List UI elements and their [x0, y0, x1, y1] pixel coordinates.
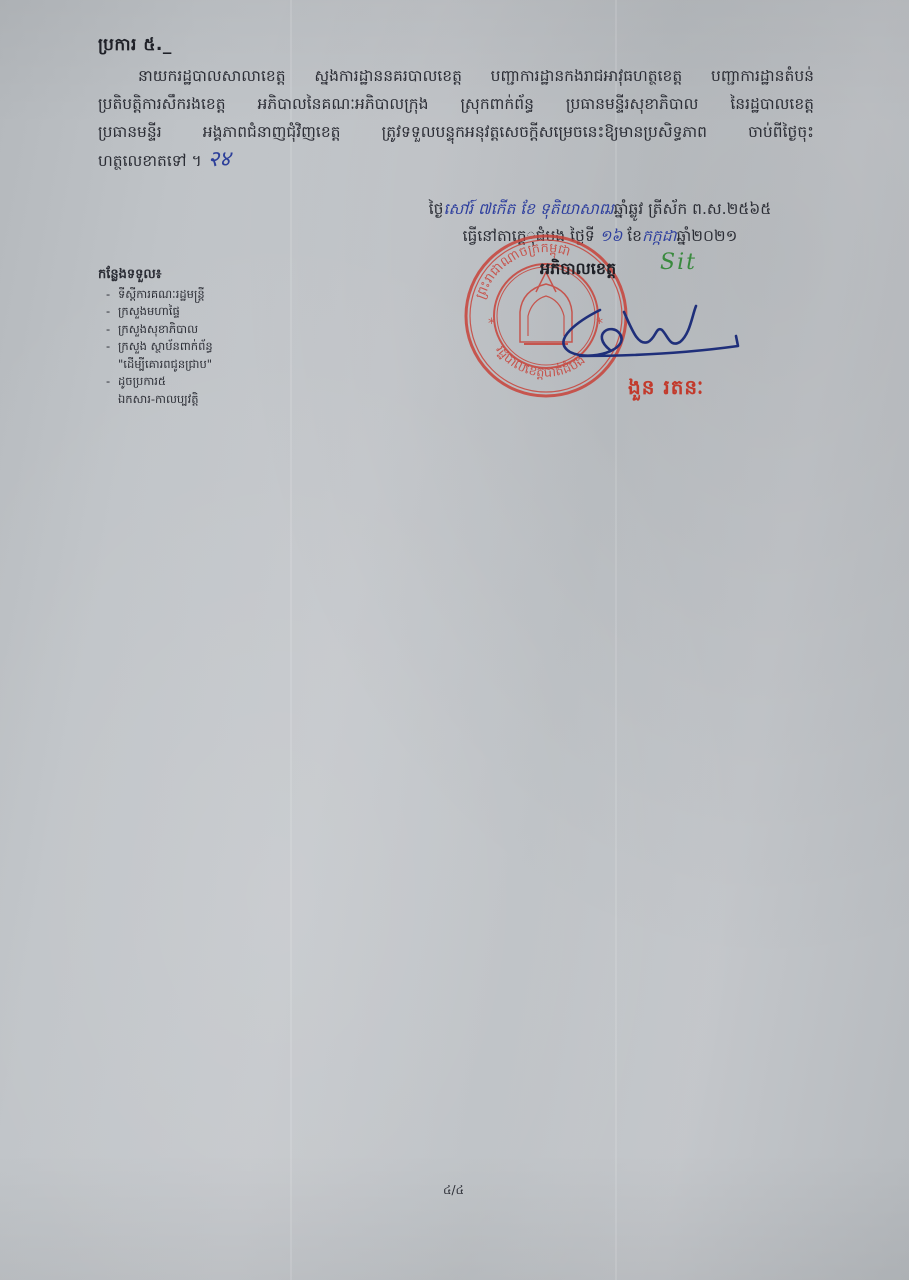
body-line-text: ហត្ថលេខាតទៅ ។ — [98, 152, 202, 170]
svg-text:*: * — [488, 316, 495, 332]
body-line: នាយករដ្ឋបាលសាលាខេត្ត ស្នងការដ្ឋាននគរបាលខ… — [98, 62, 814, 90]
body-line: ប្រតិបត្តិការសឹករងខេត្ត អភិបាលនៃគណៈអភិបា… — [98, 90, 814, 118]
page-number: ៤/៤ — [443, 1182, 464, 1200]
recipient-item: -ដូចប្រការ៥ឯកសារ-កាលប្បវត្តិ — [98, 373, 213, 408]
body-line-last: ហត្ថលេខាតទៅ ។२४ — [98, 146, 814, 175]
paper-background — [0, 0, 909, 1280]
recipients-list: កន្លែងទទួល៖ -ទីស្តីការគណៈរដ្ឋមន្ត្រី -ក្… — [98, 266, 213, 408]
signer-name: ងួន រតនៈ — [628, 374, 704, 404]
article-heading: ប្រការ ៥._ — [98, 34, 172, 59]
article-body: នាយករដ្ឋបាលសាលាខេត្ត ស្នងការដ្ឋាននគរបាលខ… — [98, 62, 814, 175]
lunar-suffix: ឆ្នាំឆ្លូវ ត្រីស័ក ព.ស.២៥៦៥ — [614, 200, 772, 218]
paper-fold — [615, 0, 617, 1280]
lunar-date: ថ្ងៃសៅរ៍ ៧កើត ខែ ទុតិយាសាឍឆ្នាំឆ្លូវ ត្រ… — [380, 196, 820, 223]
solar-year: ឆ្នាំ២០២១ — [676, 227, 737, 245]
paper-fold — [290, 0, 292, 1280]
recipient-item: -ក្រសួងសុខាភិបាល — [98, 321, 213, 339]
solar-month: កក្កដា — [642, 227, 676, 245]
recipient-item: -ក្រសួងមហាផ្ទៃ — [98, 303, 213, 321]
body-line: ប្រធានមន្ទីរ អង្គភាពជំនាញជុំវិញខេត្ត ត្រ… — [98, 118, 814, 146]
handwritten-green-note: Sit — [660, 250, 697, 275]
recipient-item: -ទីស្តីការគណៈរដ្ឋមន្ត្រី — [98, 286, 213, 304]
lunar-prefix: ថ្ងៃ — [429, 200, 444, 218]
handwritten-signature-icon — [560, 290, 760, 370]
signer-title: អភិបាលខេត្ត — [540, 258, 616, 282]
recipients-heading: កន្លែងទទួល៖ — [98, 266, 213, 284]
handwritten-mark: २४ — [208, 147, 231, 172]
recipient-item: -ក្រសួង ស្ថាប័នពាក់ព័ន្ធ"ដើម្បីគោរពជូនជ្… — [98, 338, 213, 373]
lunar-handwritten: សៅរ៍ ៧កើត ខែ ទុតិយាសាឍ — [444, 200, 614, 218]
